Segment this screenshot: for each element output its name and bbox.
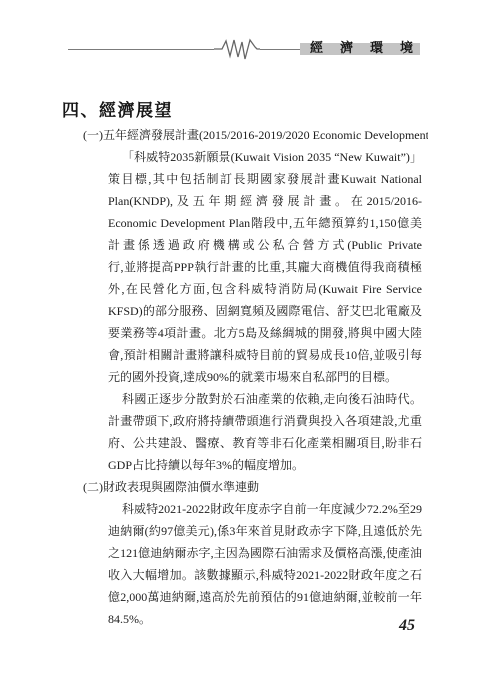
text-line: 之121億迪納爾赤字,主因為國際石油需求及價格高漲,使產油國科威特 xyxy=(108,542,422,564)
text-line: 科國正逐步分散對於石油產業的依賴,走向後石油時代。在國家發展 xyxy=(108,388,422,410)
text-line: GDP占比持續以每年3%的幅度增加。 xyxy=(108,454,422,476)
text-line: 84.5%。 xyxy=(108,608,422,630)
body-rows: (一)五年經濟發展計畫(2015/2016-2019/2020 Economic… xyxy=(62,124,428,630)
header-section-label: 經濟環境 xyxy=(300,43,420,55)
text-line: 策目標,其中包括制訂長期國家發展計畫Kuwait National Develo… xyxy=(108,168,422,190)
text-line: 要業務等4項計畫。北方5島及絲綢城的開發,將與中國大陸合組委員 xyxy=(108,322,422,344)
text-line: 計畫係透過政府機構或公私合營方式(Public Private Partners… xyxy=(108,234,422,256)
section-title: 四、經濟展望 xyxy=(62,96,173,121)
text-line: 迪納爾(約97億美元),係3年來首見財政赤字下降,且遠低於先前預估 xyxy=(108,520,422,542)
page-header: 經濟環境 xyxy=(68,41,420,57)
text-line: KFSD)的部分服務、固網寬頻及國際電信、舒艾巴北電廠及水電部的主 xyxy=(108,300,422,322)
text-line: 行,並將提高PPP執行計畫的比重,其龐大商機值得我商積極爭取。此 xyxy=(108,256,422,278)
header-section-label-text: 經濟環境 xyxy=(310,39,430,57)
header-rule-right xyxy=(260,49,300,50)
subsection-heading: (一)五年經濟發展計畫(2015/2016-2019/2020 Economic… xyxy=(83,124,428,146)
document-page: 經濟環境 四、經濟展望 (一)五年經濟發展計畫(2015/2016-2019/2… xyxy=(0,0,480,679)
page-number: 45 xyxy=(399,617,415,635)
text-line: 「科威特2035新願景(Kuwait Vision 2035 “New Kuwa… xyxy=(108,146,422,168)
text-line: Plan(KNDP),及五年期經濟發展計畫。在2015/2016-2019/20… xyxy=(108,190,422,212)
text-line: 會,預計相關計畫將讓科威特目前的貿易成長10倍,並吸引每年20億美 xyxy=(108,344,422,366)
text-line: 收入大幅增加。該數據顯示,科威特2021-2022財政年度之石油收入為162 xyxy=(108,564,422,586)
header-rule-left xyxy=(68,49,214,50)
text-line: 億2,000萬迪納爾,遠高於先前預估的91億迪納爾,並較前一年度增加 xyxy=(108,586,422,608)
text-line: Economic Development Plan階段中,五年總預算約1,150… xyxy=(108,212,422,234)
waveform-icon xyxy=(214,35,260,63)
text-line: 計畫帶頭下,政府將持續帶頭進行消費與投入各項建設,尤重推動E化政 xyxy=(108,410,422,432)
text-line: 府、公共建設、醫療、教育等非石化產業相關項目,盼非石油產業的 xyxy=(108,432,422,454)
subsection-heading: (二)財政表現與國際油價水準連動 xyxy=(83,476,428,498)
text-line: 元的國外投資,達成90%的就業市場來自私部門的目標。 xyxy=(108,366,422,388)
text-line: 科威特2021-2022財政年度赤字自前一年度減少72.2%至29億9,000萬 xyxy=(108,498,422,520)
text-line: 外,在民營化方面,包含科威特消防局(Kuwait Fire Service Di… xyxy=(108,278,422,300)
